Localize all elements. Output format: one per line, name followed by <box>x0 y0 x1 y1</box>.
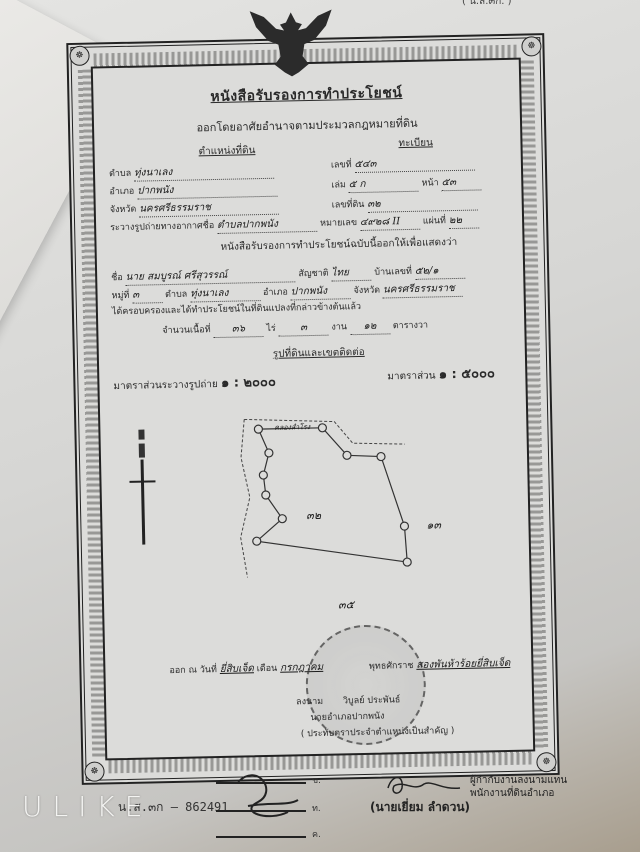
form-code: ( น.ส.๓ก. ) <box>462 0 512 9</box>
issued-statement: หนังสือรับรองการทำประโยชน์ฉบับนี้ออกให้เ… <box>220 235 457 255</box>
sheet-number-field: หมายเลข ๔๙๒๘ II แผ่นที่ ๒๒ <box>320 212 479 231</box>
location-header: ตำแหน่งที่ดิน <box>198 143 255 159</box>
map-scale: มาตราส่วน ๑ : ๕๐๐๐ <box>387 362 495 385</box>
land-certificate: ☸ ☸ ☸ ☸ หนังสือรับรองการทำประโยชน์ ออกโด… <box>66 33 559 785</box>
aerial-scale: มาตราส่วนระวางรูปถ่าย ๑ : ๒๐๐๐ <box>113 371 276 395</box>
area-field: จำนวนเนื้อที่ ๓๖ ไร่ ๓ งาน ๑๒ ตารางวา <box>162 318 428 340</box>
seal-note: ( ประทับตราประจำตำแหน่งเป็นสำคัญ ) <box>301 723 455 740</box>
north-arrow-icon <box>126 429 159 550</box>
officer-title: ผู้กำกับงานลงนามแทน พนักงานที่ดินอำเภอ <box>470 774 567 800</box>
officer-name: (นายเยี่ยม ลำดวน) <box>370 798 470 817</box>
document-title: หนังสือรับรองการทำประโยชน์ <box>97 80 515 111</box>
parcel-top-label: คลองสำโรง <box>274 422 310 434</box>
signatory-line: ลงนาม วิบูลย์ ประพันธ์ <box>296 692 400 708</box>
province-field: จังหวัด นครศรีธรรมราช <box>110 199 280 219</box>
document-subtitle: ออกโดยอาศัยอำนาจตามประมวลกฎหมายที่ดิน <box>98 112 516 139</box>
parcel-bottom-label: ๓๕ <box>338 595 354 613</box>
signature-line <box>216 836 306 838</box>
signatory-position: นายอำเภอปากพนัง <box>310 709 384 725</box>
map-section-title: รูปที่ดินและเขตติดต่อ <box>273 345 365 362</box>
tambon-field: ตำบล ทุ่งนาเลง <box>109 163 274 182</box>
registry-number-field: เลขที่ ๕๔๓ <box>331 155 475 174</box>
handwritten-signature <box>228 762 308 832</box>
registry-header: ทะเบียน <box>398 135 433 151</box>
amphoe-field: อำเภอ ปากพนัง <box>109 181 277 201</box>
land-number-field: เลขที่ดิน ๓๒ <box>332 195 478 214</box>
parcel-right-label: ๑๓ <box>426 515 441 533</box>
parcel-map <box>234 413 458 588</box>
parcel-center-label: ๓๒ <box>306 506 321 524</box>
ulike-watermark: ULIKE <box>22 790 152 823</box>
aerial-photo-field: ระวางรูปถ่ายทางอากาศชื่อ ตำบลปากพนัง <box>110 216 317 236</box>
officer-signature <box>384 770 464 800</box>
volume-field: เล่ม ๕ ก หน้า ๕๓ <box>331 174 482 193</box>
